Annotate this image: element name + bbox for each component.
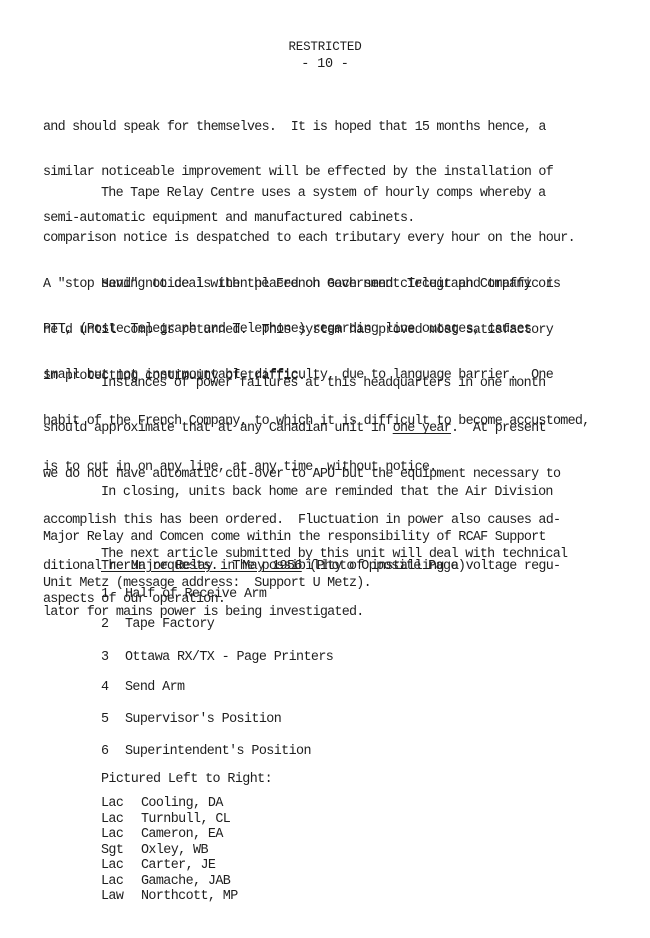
personnel-name: Cooling, DA — [141, 796, 223, 811]
personnel-row: LawNorthcott, MP — [101, 889, 238, 905]
text-line: comparison notice is despatched to each … — [43, 231, 643, 246]
photo-item-label: Half of Receive Arm — [125, 587, 266, 602]
text-line: and should speak for themselves. It is h… — [43, 120, 643, 135]
personnel-rank: Sgt — [101, 843, 141, 859]
personnel-rank: Law — [101, 889, 141, 905]
underlined-phrase: one year — [393, 421, 451, 436]
photo-item-label: Send Arm — [125, 680, 185, 695]
photo-item-label: Ottawa RX/TX - Page Printers — [125, 650, 333, 665]
personnel-name: Oxley, WB — [141, 843, 208, 858]
pictured-heading: Pictured Left to Right: — [101, 772, 272, 787]
personnel-rank: Lac — [101, 874, 141, 890]
photo-item-number: 3 — [101, 650, 125, 665]
personnel-row: LacGamache, JAB — [101, 874, 238, 890]
photo-item-label: Tape Factory — [125, 617, 214, 632]
photo-item-number: 4 — [101, 680, 125, 695]
photo-item-number: 2 — [101, 617, 125, 632]
personnel-row: SgtOxley, WB — [101, 843, 238, 859]
photo-item-number: 5 — [101, 712, 125, 727]
photo-item: 4Send Arm — [101, 680, 185, 695]
photo-caption-title: The Major Relay in May 1956 — [101, 559, 302, 574]
page-number: - 10 - — [0, 57, 650, 72]
personnel-rank: Lac — [101, 827, 141, 843]
personnel-row: LacCameron, EA — [101, 827, 238, 843]
photo-item: 2Tape Factory — [101, 617, 214, 632]
photo-item-label: Supervisor's Position — [125, 712, 281, 727]
personnel-name: Carter, JE — [141, 858, 215, 873]
classification-header: RESTRICTED — [0, 40, 650, 54]
personnel-name: Northcott, MP — [141, 889, 238, 904]
photo-item: 3Ottawa RX/TX - Page Printers — [101, 650, 333, 665]
personnel-name: Cameron, EA — [141, 827, 223, 842]
text-line-tail: . At present — [451, 421, 546, 436]
text-line: PTT, (Poste Telegraph and Telephone) reg… — [43, 322, 643, 337]
personnel-name: Gamache, JAB — [141, 874, 230, 889]
personnel-row: LacTurnbull, CL — [101, 812, 238, 828]
photo-item: 5Supervisor's Position — [101, 712, 281, 727]
text-line: The Tape Relay Centre uses a system of h… — [101, 186, 545, 201]
photo-caption: The Major Relay in May 1956 (Photo Oppos… — [101, 559, 465, 574]
photo-item: 6Superintendent's Position — [101, 744, 311, 759]
text-line: Having to deal with the French Governmen… — [101, 277, 553, 292]
personnel-row: LacCooling, DA — [101, 796, 238, 812]
personnel-rank: Lac — [101, 796, 141, 812]
personnel-list: LacCooling, DA LacTurnbull, CL LacCamero… — [101, 796, 238, 905]
personnel-name: Turnbull, CL — [141, 812, 230, 827]
text-line: should approximate that at any Canadian … — [43, 421, 393, 436]
personnel-rank: Lac — [101, 858, 141, 874]
text-line: Instances of power failures at this head… — [101, 376, 545, 391]
personnel-row: LacCarter, JE — [101, 858, 238, 874]
text-line: In closing, units back home are reminded… — [101, 485, 553, 500]
photo-item-label: Superintendent's Position — [125, 744, 311, 759]
photo-item: 1Half of Receive Arm — [101, 587, 266, 602]
photo-item-number: 6 — [101, 744, 125, 759]
photo-item-number: 1 — [101, 587, 125, 602]
personnel-rank: Lac — [101, 812, 141, 828]
photo-caption-note: (Photo Opposite Page) — [302, 559, 466, 574]
document-page: RESTRICTED - 10 - and should speak for t… — [0, 0, 650, 938]
